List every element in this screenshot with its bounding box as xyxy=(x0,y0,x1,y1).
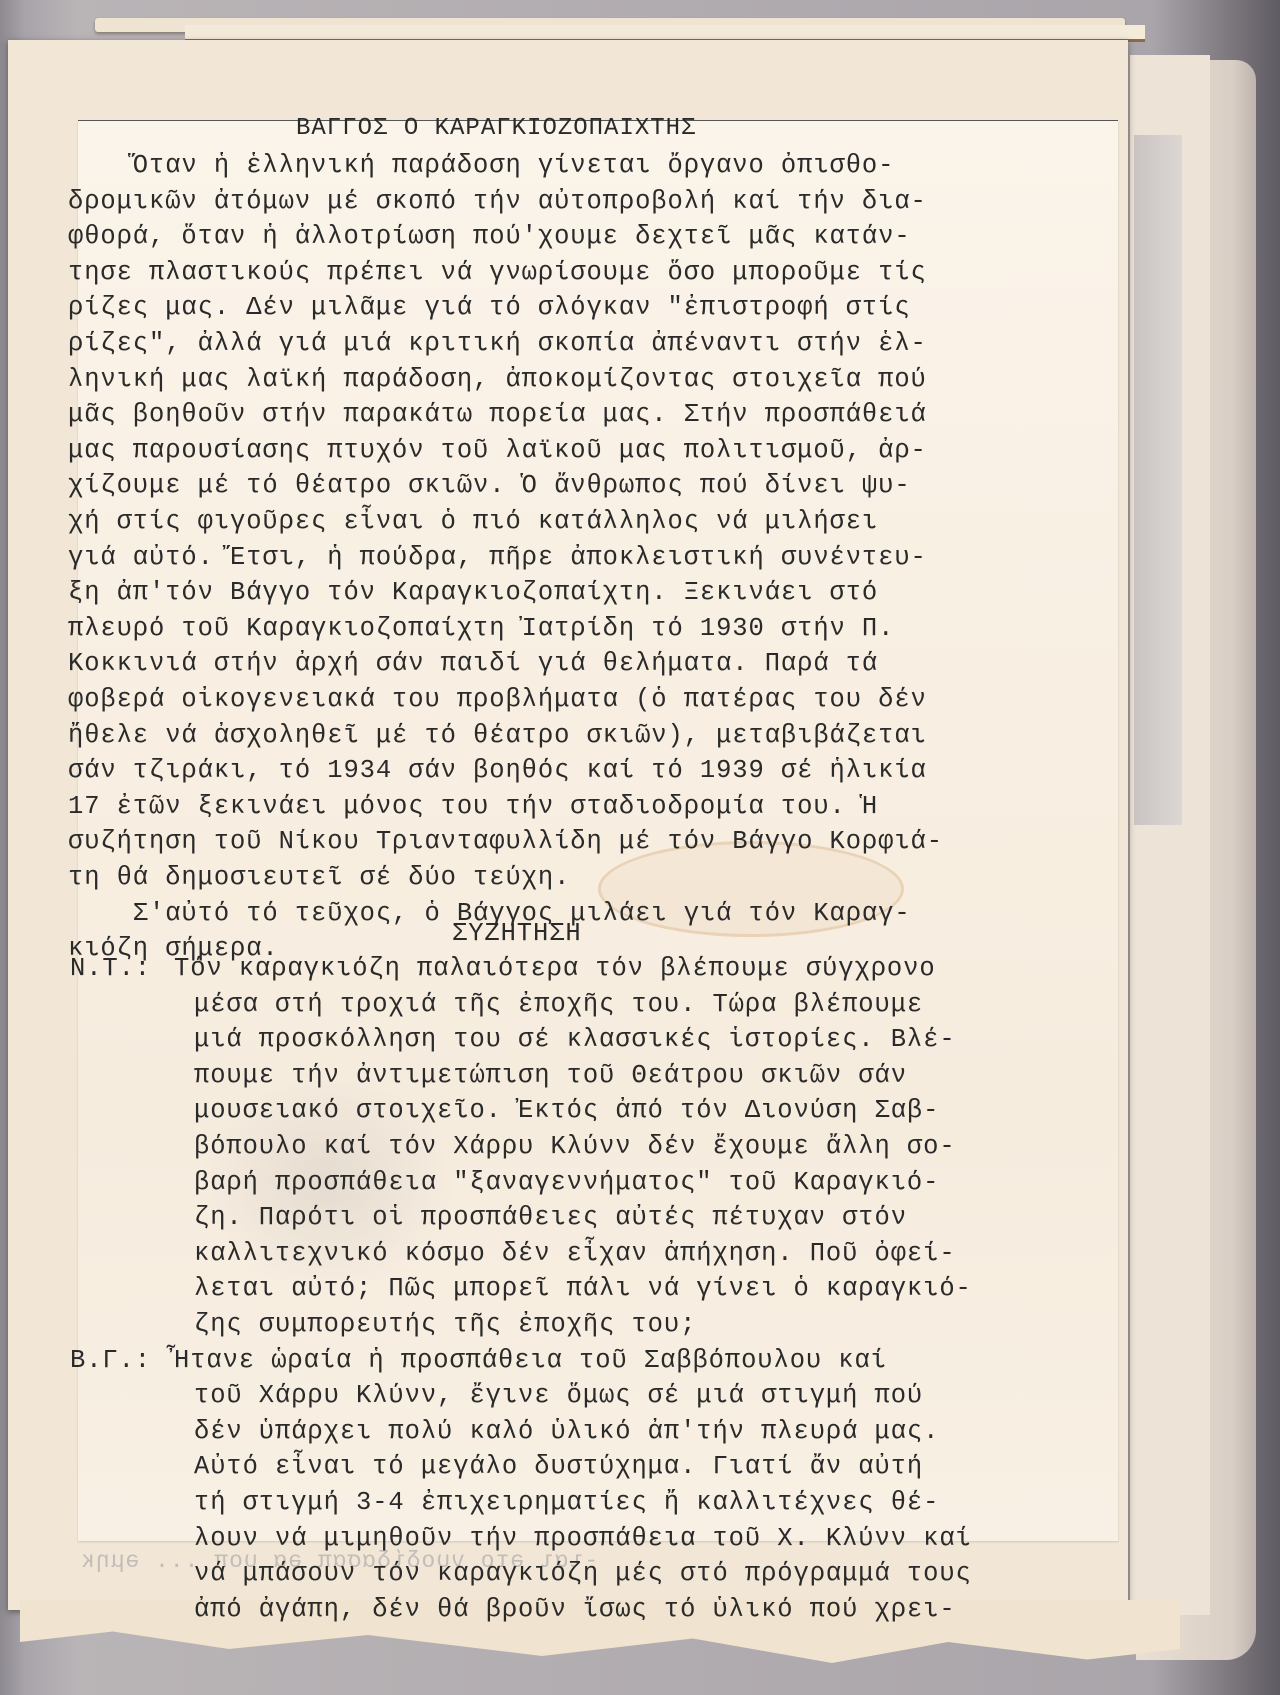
intro-line: 17 ἐτῶν ξεκινάει μόνος του τήν σταδιοδρο… xyxy=(68,792,878,821)
dialogue-line: λεται αὐτό; Πῶς μπορεῖ πάλι νά γίνει ὁ κ… xyxy=(194,1274,972,1303)
dialogue-line: Ἦτανε ὡραία ἡ προσπάθεια τοῦ Σαββόπουλου… xyxy=(174,1346,887,1375)
dialogue-line: μιά προσκόλληση του σέ κλασσικές ἱστορίε… xyxy=(194,1025,956,1054)
intro-line: πλευρό τοῦ Καραγκιοζοπαίχτη Ἰατρίδη τό 1… xyxy=(68,614,894,643)
dialogue-line: πουμε τήν ἀντιμετώπιση τοῦ Θεάτρου σκιῶν… xyxy=(194,1061,907,1090)
dialogue-line: τοῦ Χάρρυ Κλύνν, ἔγινε ὅμως σέ μιά στιγμ… xyxy=(194,1381,923,1410)
intro-line: φοβερά οἰκογενειακά του προβλήματα (ὁ πα… xyxy=(68,685,927,714)
intro-line: ξη ἀπ'τόν Βάγγο τόν Καραγκιοζοπαίχτη. Ξε… xyxy=(68,578,878,607)
dialogue-line: Αὐτό εἶναι τό μεγάλο δυστύχημα. Γιατί ἄν… xyxy=(194,1452,923,1481)
intro-line: φθορά, ὅταν ἡ ἀλλοτρίωση πού'χουμε δεχτε… xyxy=(68,222,911,251)
intro-line: δρομικῶν ἀτόμων μέ σκοπό τήν αὐτοπροβολή… xyxy=(68,187,927,216)
intro-line: χίζουμε μέ τό θέατρο σκιῶν. Ὁ ἄνθρωπος π… xyxy=(68,471,911,500)
intro-line: Κοκκινιά στήν ἀρχή σάν παιδί γιά θελήματ… xyxy=(68,649,878,678)
dialogue-line: δέν ὑπάρχει πολύ καλό ὑλικό ἀπ'τήν πλευρ… xyxy=(194,1417,939,1446)
intro-line: ρίζες", ἀλλά γιά μιά κριτική σκοπία ἀπέν… xyxy=(68,329,927,358)
typewritten-page: ΒΑΓΓΟΣ Ο ΚΑΡΑΓΚΙΟΖΟΠΑΙΧΤΗΣ Ὅταν ἡ ἑλληνι… xyxy=(78,120,1118,1541)
dialogue-line: τή στιγμή 3-4 ἐπιχειρηματίες ἤ καλλιτέχν… xyxy=(194,1488,939,1517)
dialogue-line: Τόν καραγκιόζη παλαιότερα τόν βλέπουμε σ… xyxy=(174,954,936,983)
intro-line: σάν τζιράκι, τό 1934 σάν βοηθός καί τό 1… xyxy=(68,756,927,785)
intro-line: τη θά δημοσιευτεῖ σέ δύο τεύχη. xyxy=(68,863,570,892)
speaker-label: Β.Γ.: xyxy=(70,1346,151,1375)
dialogue-line: νά μπάσουν τόν καραγκιόζη μές στό πρόγρα… xyxy=(194,1559,972,1588)
intro-line: μας παρουσίασης πτυχόν τοῦ λαϊκοῦ μας πο… xyxy=(68,436,927,465)
dialogue-line: βαρή προσπάθεια "ξαναγεννήματος" τοῦ Καρ… xyxy=(194,1168,939,1197)
intro-line: ληνική μας λαϊκή παράδοση, ἀποκομίζοντας… xyxy=(68,365,927,394)
intro-line: ρίζες μας. Δέν μιλᾶμε γιά τό σλόγκαν "ἐπ… xyxy=(68,293,911,322)
dialogue-line: μέσα στή τροχιά τῆς ἐποχῆς του. Τώρα βλέ… xyxy=(194,990,923,1019)
intro-line: ἤθελε νά ἀσχοληθεῖ μέ τό θέατρο σκιῶν), … xyxy=(68,721,927,750)
inserted-sheet-edge xyxy=(1134,135,1182,825)
intro-line: μᾶς βοηθοῦν στήν παρακάτω πορεία μας. Στ… xyxy=(68,400,927,429)
section-heading: ΣΥΖΗΤΗΣΗ xyxy=(452,919,582,948)
dialogue-line: ἀπό ἀγάπη, δέν θά βροῦν ἴσως τό ὑλικό πο… xyxy=(194,1595,956,1624)
intro-line: συζήτηση τοῦ Νίκου Τριανταφυλλίδη μέ τόν… xyxy=(68,827,943,856)
dialogue-line: ζη. Παρότι οἱ προσπάθειες αὐτές πέτυχαν … xyxy=(194,1203,907,1232)
dialogue-line: βόπουλο καί τόν Χάρρυ Κλύνν δέν ἔχουμε ἄ… xyxy=(194,1132,956,1161)
document-title: ΒΑΓΓΟΣ Ο ΚΑΡΑΓΚΙΟΖΟΠΑΙΧΤΗΣ xyxy=(296,115,696,142)
dialogue-line: μουσειακό στοιχεῖο. Ἐκτός ἀπό τόν Διονύσ… xyxy=(194,1096,939,1125)
dialogue-line: λουν νά μιμηθοῦν τήν προσπάθεια τοῦ Χ. Κ… xyxy=(194,1524,972,1553)
intro-line: Ὅταν ἡ ἑλληνική παράδοση γίνεται ὄργανο … xyxy=(68,151,894,180)
dialogue-line: καλλιτεχνικό κόσμο δέν εἶχαν ἀπήχηση. Πο… xyxy=(194,1239,956,1268)
intro-line: γιά αὐτό. Ἔτσι, ἡ πούδρα, πῆρε ἀποκλειστ… xyxy=(68,543,927,572)
speaker-label: Ν.Τ.: xyxy=(70,954,151,983)
intro-line: χή στίς φιγοῦρες εἶναι ὁ πιό κατάλληλος … xyxy=(68,507,878,536)
intro-line: τησε πλαστικούς πρέπει νά γνωρίσουμε ὅσο… xyxy=(68,258,927,287)
dialogue-line: ζης συμπορευτής τῆς ἐποχῆς του; xyxy=(194,1310,696,1339)
